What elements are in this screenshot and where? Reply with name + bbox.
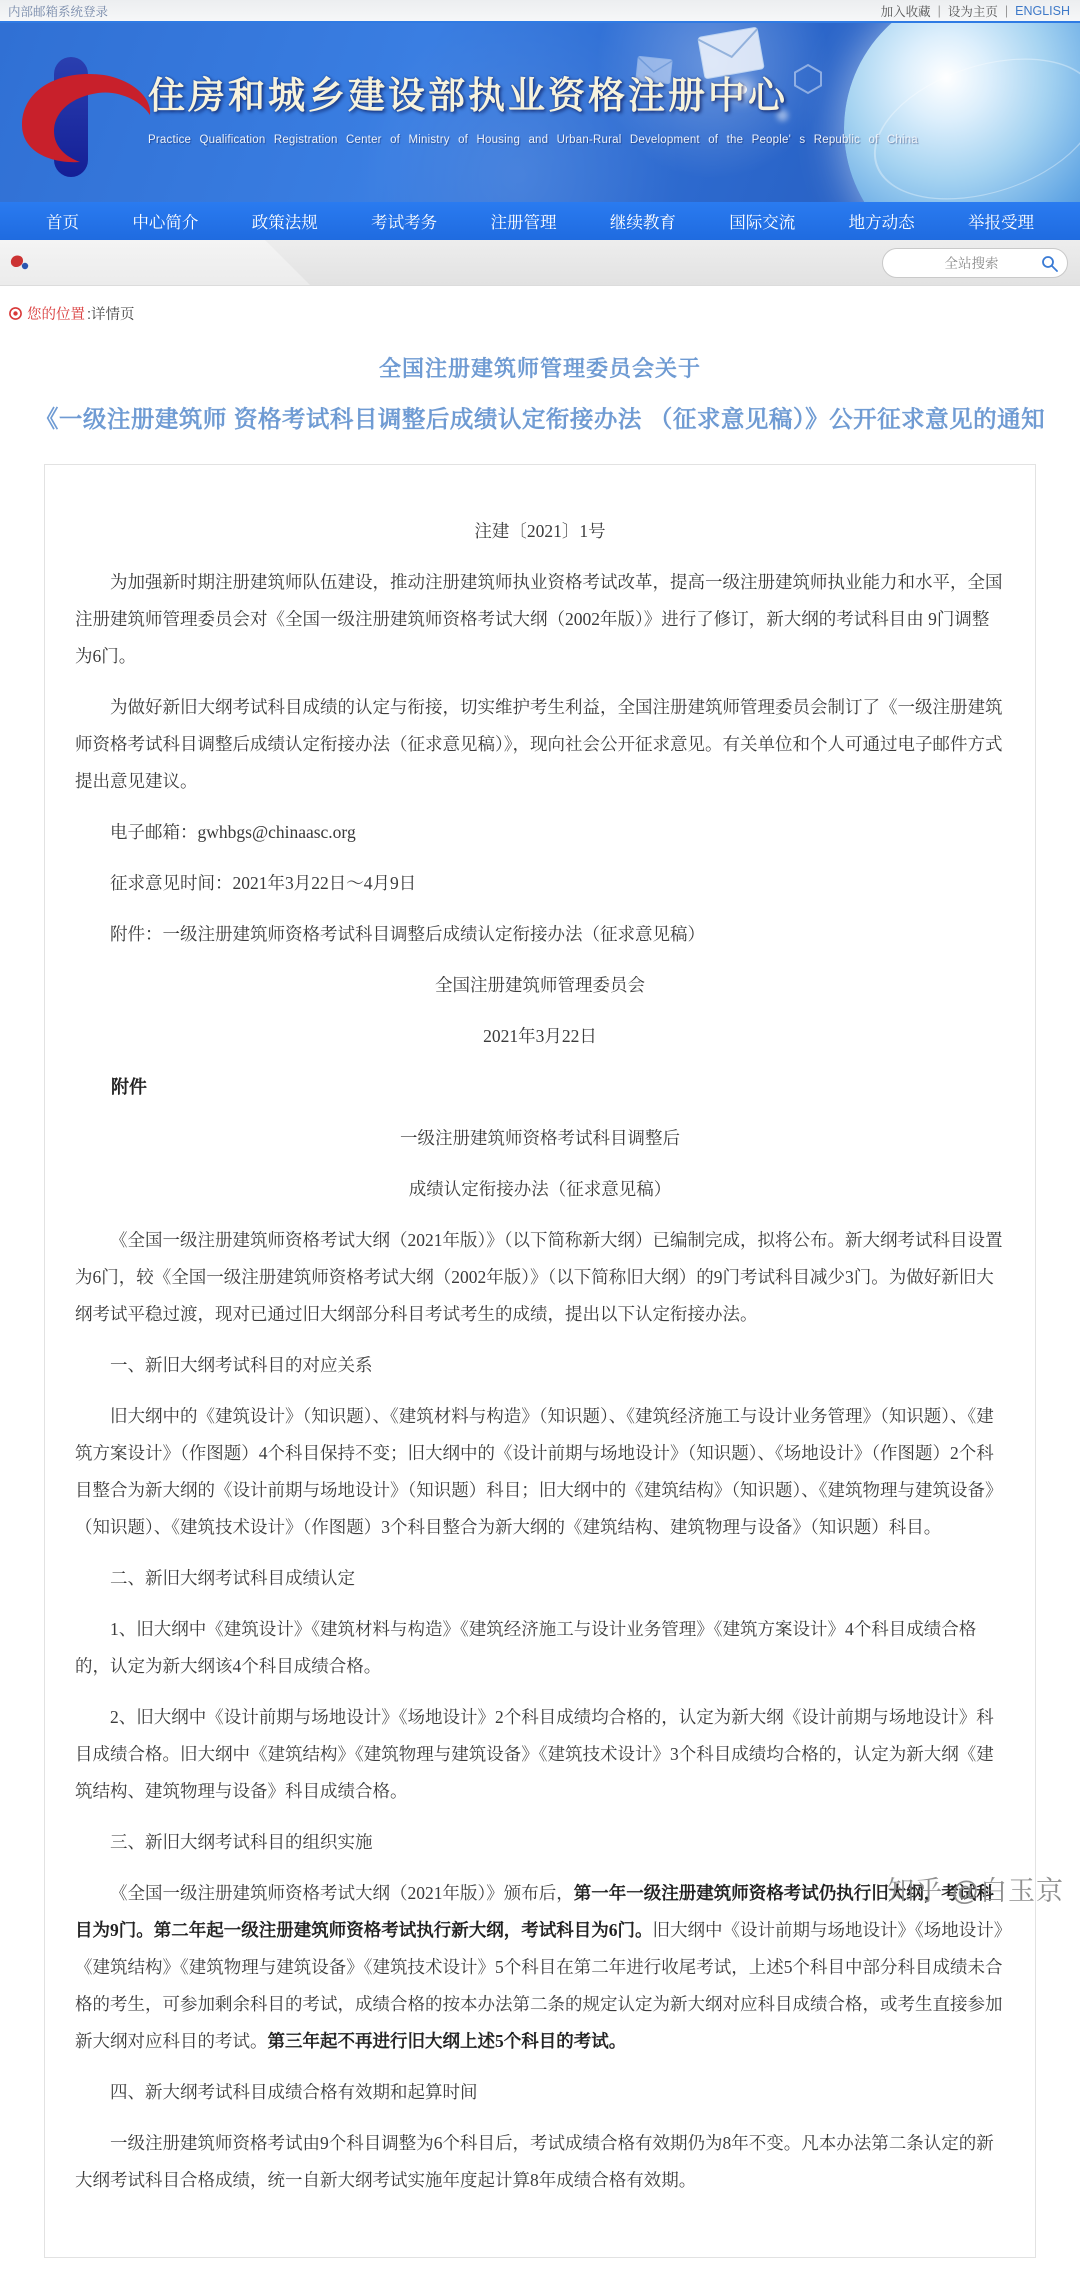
- footer-space: [0, 2258, 1080, 2294]
- appendix-title-line2: 成绩认定衔接办法（征求意见稿）: [75, 1171, 1005, 1208]
- site-title-cn: 住房和城乡建设部执业资格注册中心: [148, 65, 918, 119]
- paragraph: 2、旧大纲中《设计前期与场地设计》《场地设计》2个科目成绩均合格的，认定为新大纲…: [75, 1699, 1005, 1810]
- nav-item-local-news[interactable]: 地方动态: [849, 209, 915, 233]
- search-icon[interactable]: [1041, 255, 1058, 275]
- paragraph: 《全国一级注册建筑师资格考试大纲（2021年版）》颁布后，第一年一级注册建筑师资…: [75, 1875, 1005, 2060]
- separator: |: [1005, 4, 1008, 18]
- nav-item-continuing-edu[interactable]: 继续教育: [610, 209, 676, 233]
- document-box: 注建〔2021〕1号 为加强新时期注册建筑师队伍建设，推动注册建筑师执业资格考试…: [44, 464, 1036, 2258]
- search-box: [882, 248, 1068, 278]
- text-segment-bold: 第三年起不再进行旧大纲上述5个科目的考试。: [268, 2031, 627, 2051]
- nav-item-center-intro[interactable]: 中心简介: [132, 209, 198, 233]
- site-emblem-icon: [9, 253, 33, 273]
- doc-number: 注建〔2021〕1号: [75, 513, 1005, 550]
- article-title-line2: 《一级注册建筑师 资格考试科目调整后成绩认定衔接办法 （征求意见稿）》公开征求意…: [0, 400, 1080, 434]
- logo-swoosh-icon: [16, 63, 166, 163]
- watermark: 知乎 @白玉京: [887, 1869, 1064, 1908]
- site-title-en: Practice Qualification Registration Cent…: [148, 134, 918, 146]
- topbar-links: 加入收藏 | 设为主页 | ENGLISH: [881, 2, 1070, 20]
- comment-period-line: 征求意见时间：2021年3月22日～4月9日: [75, 865, 1005, 902]
- mailbox-login-link[interactable]: 内部邮箱系统登录: [8, 2, 108, 20]
- article-title-line1: 全国注册建筑师管理委员会关于: [0, 352, 1080, 383]
- attachment-line: 附件：一级注册建筑师资格考试科目调整后成绩认定衔接办法（征求意见稿）: [75, 916, 1005, 953]
- set-homepage-link[interactable]: 设为主页: [948, 2, 998, 20]
- nav-item-exams[interactable]: 考试考务: [371, 209, 437, 233]
- search-strip: [0, 240, 1080, 286]
- section-heading-2: 二、新旧大纲考试科目成绩认定: [75, 1560, 1005, 1597]
- paragraph: 为加强新时期注册建筑师队伍建设，推动注册建筑师执业资格考试改革，提高一级注册建筑…: [75, 564, 1005, 675]
- banner-text: 住房和城乡建设部执业资格注册中心 Practice Qualification …: [148, 65, 918, 146]
- nav-item-report[interactable]: 举报受理: [968, 209, 1034, 233]
- appendix-title-line1: 一级注册建筑师资格考试科目调整后: [75, 1120, 1005, 1157]
- signature: 全国注册建筑师管理委员会: [75, 967, 1005, 1004]
- section-heading-1: 一、新旧大纲考试科目的对应关系: [75, 1347, 1005, 1384]
- section-heading-4: 四、新大纲考试科目成绩合格有效期和起算时间: [75, 2074, 1005, 2111]
- paragraph: 《全国一级注册建筑师资格考试大纲（2021年版）》（以下简称新大纲）已编制完成，…: [75, 1222, 1005, 1333]
- nav-item-registration[interactable]: 注册管理: [491, 209, 557, 233]
- site-banner: 住房和城乡建设部执业资格注册中心 Practice Qualification …: [0, 21, 1080, 202]
- breadcrumb-current-page: :详情页: [87, 303, 135, 324]
- add-favorite-link[interactable]: 加入收藏: [881, 2, 931, 20]
- email-line: 电子邮箱：gwhbgs@chinaasc.org: [75, 814, 1005, 851]
- nav-item-international[interactable]: 国际交流: [729, 209, 795, 233]
- signature-date: 2021年3月22日: [75, 1018, 1005, 1055]
- breadcrumb-location-label: 您的位置: [27, 303, 85, 324]
- main-nav: 首页 中心简介 政策法规 考试考务 注册管理 继续教育 国际交流 地方动态 举报…: [0, 202, 1080, 240]
- paragraph: 为做好新旧大纲考试科目成绩的认定与衔接，切实维护考生利益，全国注册建筑师管理委员…: [75, 689, 1005, 800]
- paragraph: 1、旧大纲中《建筑设计》《建筑材料与构造》《建筑经济施工与设计业务管理》《建筑方…: [75, 1611, 1005, 1685]
- section-heading-3: 三、新旧大纲考试科目的组织实施: [75, 1824, 1005, 1861]
- separator: |: [938, 4, 941, 18]
- appendix-label: 附件: [75, 1069, 1005, 1106]
- english-link[interactable]: ENGLISH: [1015, 4, 1070, 18]
- text-segment-bold: 第二年起一级注册建筑师资格考试执行新大纲，考试科目为6门。: [154, 1920, 653, 1940]
- text-segment: 《全国一级注册建筑师资格考试大纲（2021年版）》颁布后，: [110, 1883, 574, 1903]
- breadcrumb: 您的位置 :详情页: [8, 303, 1080, 324]
- nav-item-policies[interactable]: 政策法规: [252, 209, 318, 233]
- location-pin-icon: [8, 306, 23, 321]
- paragraph: 旧大纲中的《建筑设计》（知识题）、《建筑材料与构造》（知识题）、《建筑经济施工与…: [75, 1398, 1005, 1546]
- nav-item-home[interactable]: 首页: [46, 209, 79, 233]
- top-utility-bar: 内部邮箱系统登录 加入收藏 | 设为主页 | ENGLISH: [0, 0, 1080, 21]
- paragraph: 一级注册建筑师资格考试由9个科目调整为6个科目后，考试成绩合格有效期仍为8年不变…: [75, 2125, 1005, 2199]
